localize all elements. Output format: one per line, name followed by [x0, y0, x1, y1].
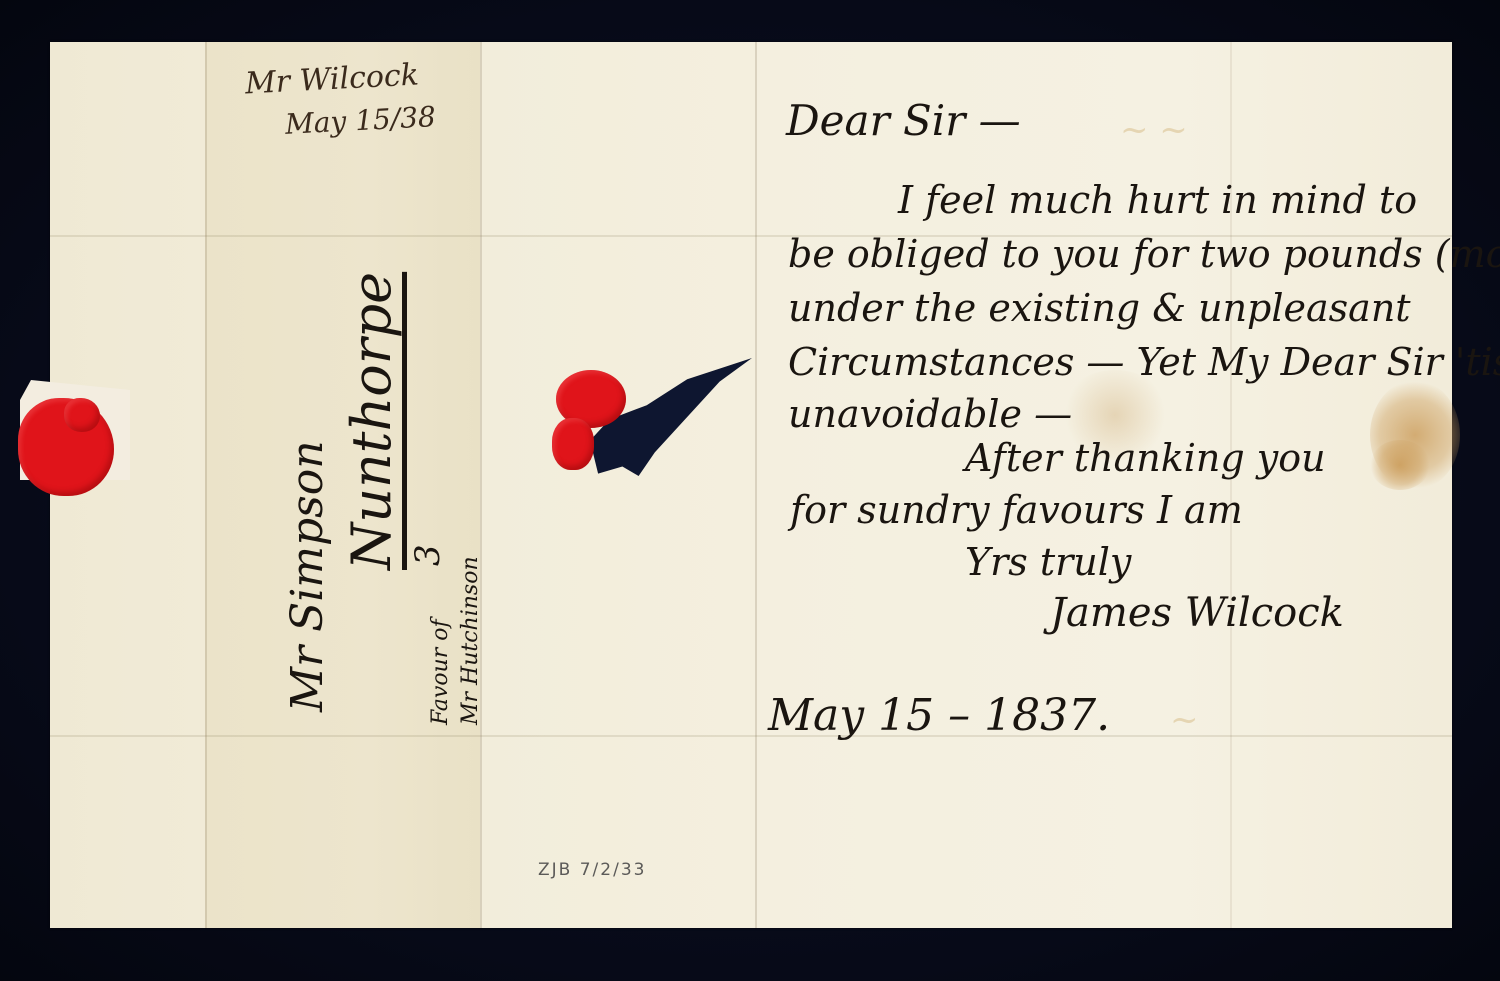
letter-sheet — [50, 42, 1452, 928]
letter-line: After thanking you — [965, 436, 1326, 480]
letter-line: Circumstances — Yet My Dear Sir 'tis — [788, 340, 1500, 384]
letter-line: unavoidable — — [788, 392, 1072, 436]
letter-line: under the existing & unpleasant — [788, 286, 1411, 330]
recipient-place: Nunthorpe — [340, 272, 403, 570]
letter-date: May 15 – 1837. — [768, 690, 1110, 741]
water-stain — [1370, 440, 1430, 490]
wax-seal-torn-icon — [552, 418, 594, 470]
wax-seal-icon — [64, 398, 100, 432]
salutation: Dear Sir — — [786, 96, 1021, 145]
letter-line: I feel much hurt in mind to — [898, 178, 1417, 222]
fold-line — [480, 42, 482, 928]
fold-line — [50, 735, 1452, 737]
letter-line: for sundry favours I am — [790, 488, 1243, 532]
carrier-line-1: Favour of — [428, 619, 453, 725]
letter-text-panel — [755, 42, 1452, 928]
closing: Yrs truly — [965, 540, 1131, 584]
recipient-name: Mr Simpson — [282, 440, 333, 712]
fold-line — [205, 42, 207, 928]
address-bracket: 3 — [408, 544, 448, 566]
signature: James Wilcock — [1050, 590, 1344, 636]
ink-bleed-through: ~ ~ — [1120, 110, 1188, 150]
inner-blank-panel — [480, 42, 755, 928]
carrier-line-2: Mr Hutchinson — [458, 556, 483, 725]
letter-line: be obliged to you for two pounds (more) — [788, 232, 1500, 276]
fold-line — [1230, 42, 1232, 928]
ink-bleed-through: ~ — [1170, 700, 1199, 740]
fold-line — [755, 42, 757, 928]
archive-reference: ZJB 7/2/33 — [538, 860, 646, 880]
